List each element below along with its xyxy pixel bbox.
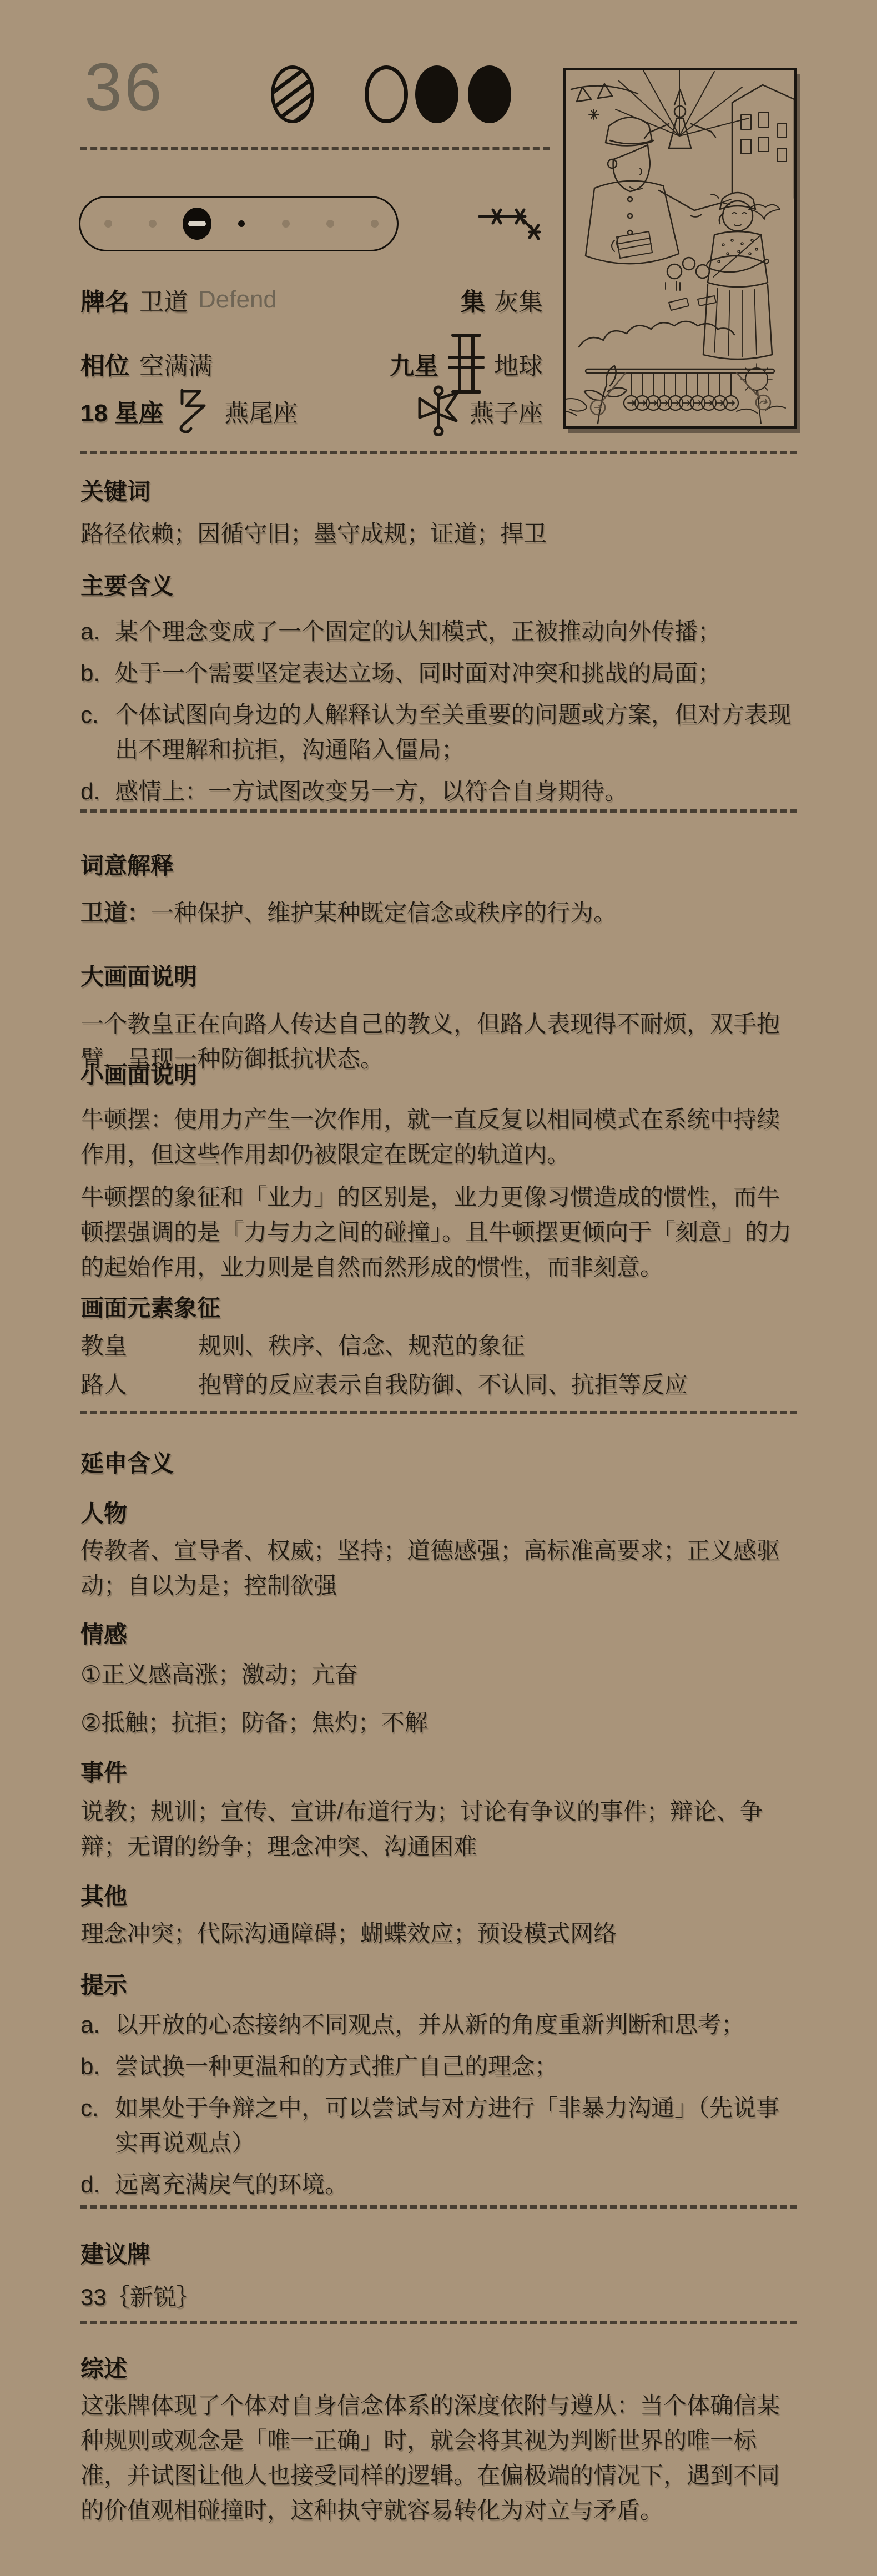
list-item: a.某个理念变成了一个固定的认知模式，正被推动向外传播； — [80, 614, 797, 649]
section-heading-keywords: 关键词 — [80, 474, 797, 509]
list-item: a.以开放的心态接纳不同观点，并从新的角度重新判断和思考； — [80, 2007, 797, 2042]
card-name: 卫道 — [139, 282, 188, 317]
crossed-trajectory-icon — [477, 195, 544, 248]
emotion-item-2: ②抵触；抗拒；防备；焦灼；不解 — [80, 1705, 797, 1740]
nine-star-label: 九星 — [390, 346, 438, 381]
divider — [80, 451, 797, 454]
section-heading-summary: 综述 — [80, 2351, 797, 2386]
small-picture-p1: 牛顿摆：使用力产生一次作用，就一直反复以相同模式在系统中持续作用，但这些作用却仍… — [80, 1102, 797, 1172]
tips-list: a.以开放的心态接纳不同观点，并从新的角度重新判断和思考； b.尝试换一种更温和… — [80, 2007, 797, 2209]
summary-text: 这张牌体现了个体对自身信念体系的深度依附与遵从：当个体确信某种规则或观念是「唯一… — [80, 2388, 797, 2528]
list-item: d.感情上：一方试图改变另一方，以符合自身期待。 — [80, 774, 797, 809]
subheading-other: 其他 — [80, 1879, 797, 1914]
divider — [80, 2321, 797, 2324]
swallow-constellation-icon — [413, 385, 461, 436]
phase-dot-filled-icon — [468, 65, 511, 123]
small-picture-p2: 牛顿摆的象征和「业力」的区别是，业力更像习惯造成的惯性，而牛顿摆强调的是「力与力… — [80, 1179, 797, 1284]
slider-stop[interactable] — [282, 220, 290, 228]
section-heading-tips: 提示 — [80, 1968, 797, 2003]
nine-star-value: 地球 — [494, 346, 543, 381]
section-heading-symbols: 画面元素象征 — [80, 1290, 797, 1325]
slider-stop[interactable] — [326, 220, 334, 228]
slider-stop[interactable] — [238, 220, 245, 227]
phase-slider[interactable] — [79, 196, 399, 251]
symbol-name: 教皇 — [80, 1328, 198, 1363]
divider — [80, 1411, 797, 1414]
symbol-row: 教皇 规则、秩序、信念、规范的象征 — [80, 1328, 797, 1363]
symbol-name: 路人 — [80, 1367, 198, 1402]
symbol-desc: 抱臂的反应表示自我防御、不认同、抗拒等反应 — [198, 1367, 688, 1402]
section-heading-big-picture: 大画面说明 — [80, 959, 797, 994]
info-row-zodiac: 18 星座 燕尾座 燕子座 — [80, 383, 543, 438]
swallowtail-constellation-icon — [178, 387, 210, 435]
people-text: 传教者、宣导者、权威；坚持；道德感强；高标准高要求；正义感驱动；自以为是；控制欲… — [80, 1533, 797, 1603]
symbol-row: 路人 抱臂的反应表示自我防御、不认同、抗拒等反应 — [80, 1367, 797, 1402]
word-term: 卫道： — [80, 900, 150, 926]
divider — [80, 809, 797, 813]
zodiac-value: 燕尾座 — [224, 393, 298, 429]
suggestion-card: 33｛新锐｝ — [80, 2280, 797, 2315]
set-label: 集 — [461, 282, 485, 317]
slider-stop[interactable] — [149, 220, 157, 228]
section-heading-extended: 延申含义 — [80, 1446, 797, 1481]
section-heading-small-picture: 小画面说明 — [80, 1057, 797, 1092]
emotion-item-1: ①正义感高涨；激动；亢奋 — [80, 1657, 797, 1692]
divider — [80, 2205, 797, 2209]
subheading-people: 人物 — [80, 1496, 797, 1531]
phase-dot-filled-icon — [415, 65, 458, 123]
card-illustration — [563, 68, 797, 429]
section-heading-word-meaning: 词意解释 — [80, 848, 797, 883]
slider-stop[interactable] — [371, 220, 379, 228]
keywords-text: 路径依赖；因循守旧；墨守成规；证道；捍卫 — [80, 516, 797, 551]
minus-icon — [188, 221, 206, 226]
main-meaning-list: a.某个理念变成了一个固定的认知模式，正被推动向外传播； b.处于一个需要坚定表… — [80, 614, 797, 815]
event-text: 说教；规训；宣传、宣讲/布道行为；讨论有争议的事件；辩论、争辩；无谓的纷争；理念… — [80, 1794, 797, 1864]
other-text: 理念冲突；代际沟通障碍；蝴蝶效应；预设模式网络 — [80, 1916, 797, 1951]
slider-stop[interactable] — [104, 220, 112, 228]
list-item: d.远离充满戾气的环境。 — [80, 2167, 797, 2202]
swallow-zodiac-value: 燕子座 — [470, 393, 543, 429]
subheading-event: 事件 — [80, 1755, 797, 1790]
section-heading-main-meaning: 主要含义 — [80, 568, 797, 603]
list-item: b.尝试换一种更温和的方式推广自己的理念； — [80, 2049, 797, 2084]
phase-value: 空满满 — [139, 346, 213, 381]
section-heading-suggestion: 建议牌 — [80, 2237, 797, 2272]
card-name-en: Defend — [198, 286, 277, 314]
info-row-name: 牌名 卫道 Defend 集 灰集 — [80, 280, 543, 319]
card-number: 36 — [84, 53, 164, 121]
slider-handle[interactable] — [183, 208, 211, 240]
phase-dot-hatched-icon — [271, 65, 314, 123]
list-item: c.个体试图向身边的人解释认为至关重要的问题或方案，但对方表现出不理解和抗拒，沟… — [80, 697, 797, 767]
phase-label: 相位 — [80, 346, 129, 381]
name-label: 牌名 — [80, 282, 129, 317]
set-value: 灰集 — [494, 282, 543, 317]
zodiac-label: 18 星座 — [80, 393, 163, 429]
word-meaning-text: 卫道：一种保护、维护某种既定信念或秩序的行为。 — [80, 895, 797, 930]
phase-dot-outline-icon — [365, 65, 408, 123]
subheading-emotion: 情感 — [80, 1617, 797, 1652]
list-item: c.如果处于争辩之中，可以尝试与对方进行「非暴力沟通」（先说事实再说观点） — [80, 2090, 797, 2160]
list-item: b.处于一个需要坚定表达立场、同时面对冲突和挑战的局面； — [80, 656, 797, 690]
divider — [80, 147, 550, 150]
symbol-desc: 规则、秩序、信念、规范的象征 — [198, 1328, 525, 1363]
